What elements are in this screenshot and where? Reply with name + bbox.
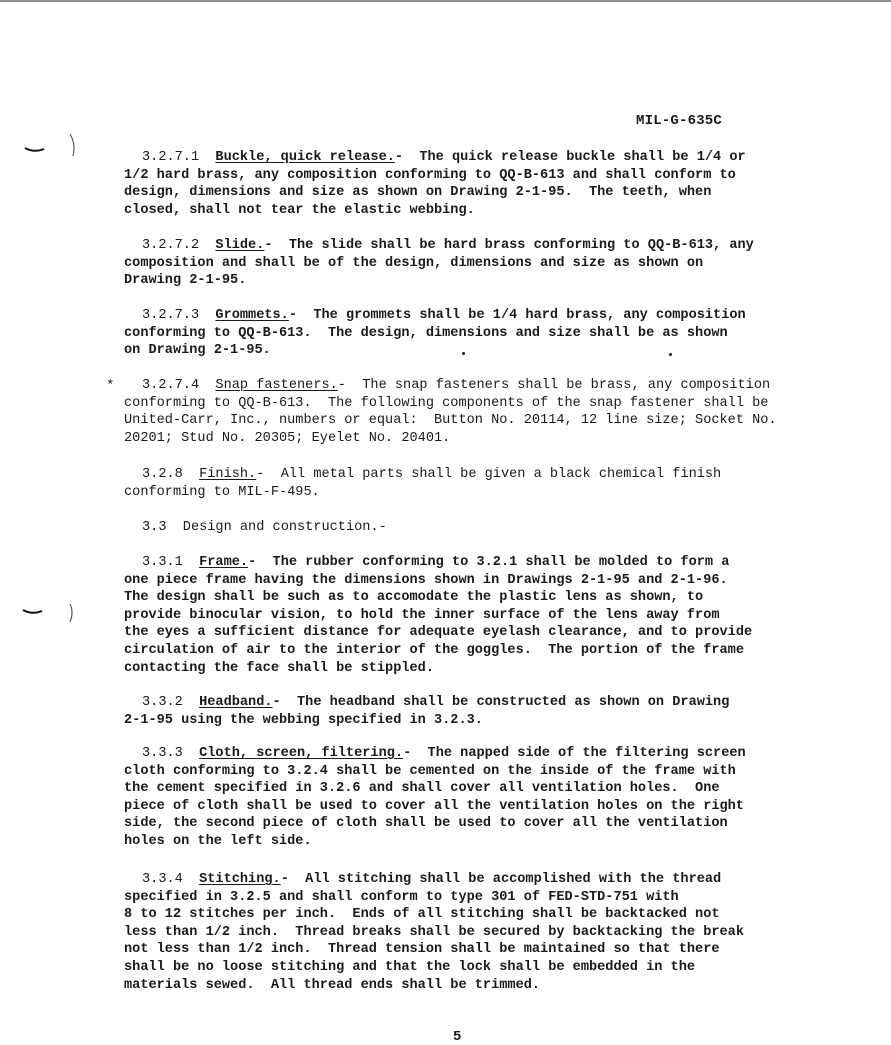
section-3-3-3: 3.3.3 Cloth, screen, filtering.- The nap…: [124, 745, 824, 851]
section-text-line: United-Carr, Inc., numbers or equal: But…: [124, 412, 824, 430]
section-text-line: 8 to 12 stitches per inch. Ends of all s…: [124, 906, 824, 924]
section-text: - The headband shall be constructed as s…: [273, 695, 730, 710]
section-text-line: the cement specified in 3.2.6 and shall …: [124, 780, 824, 798]
section-text: - The rubber conforming to 3.2.1 shall b…: [248, 555, 729, 570]
section-3-2-7-3: 3.2.7.3 Grommets.- The grommets shall be…: [124, 307, 824, 360]
section-text: - All stitching shall be accomplished wi…: [281, 872, 722, 887]
section-number: 3.3.1: [142, 555, 199, 570]
section-text-line: contacting the face shall be stippled.: [124, 660, 824, 678]
section-text-line: circulation of air to the interior of th…: [124, 642, 824, 660]
section-text-line: the eyes a sufficient distance for adequ…: [124, 624, 824, 642]
section-text-line: closed, shall not tear the elastic webbi…: [124, 202, 824, 220]
section-3-2-7-2: 3.2.7.2 Slide.- The slide shall be hard …: [124, 237, 824, 290]
section-heading: Frame.: [199, 555, 248, 570]
section-text-line: 20201; Stud No. 20305; Eyelet No. 20401.: [124, 430, 824, 448]
section-text-line: design, dimensions and size as shown on …: [124, 184, 824, 202]
section-3-2-7-4: 3.2.7.4 Snap fasteners.- The snap fasten…: [124, 377, 824, 447]
section-text-line: shall be no loose stitching and that the…: [124, 959, 824, 977]
section-first-line: 3.2.7.4 Snap fasteners.- The snap fasten…: [124, 377, 824, 395]
section-text-line: holes on the left side.: [124, 833, 824, 851]
section-first-line: 3.2.7.1 Buckle, quick release.- The quic…: [124, 149, 824, 167]
section-3-2-7-1: 3.2.7.1 Buckle, quick release.- The quic…: [124, 149, 824, 219]
section-3-3-1: 3.3.1 Frame.- The rubber conforming to 3…: [124, 554, 824, 677]
section-first-line: 3.3.1 Frame.- The rubber conforming to 3…: [124, 554, 824, 572]
section-text: - The grommets shall be 1/4 hard brass, …: [289, 308, 746, 323]
section-text-line: materials sewed. All thread ends shall b…: [124, 977, 824, 995]
section-first-line: 3.3.4 Stitching.- All stitching shall be…: [124, 871, 824, 889]
section-number: 3.3.4: [142, 872, 199, 887]
binding-hole-mark-icon: [20, 598, 80, 628]
section-heading: Buckle, quick release.: [215, 150, 394, 165]
section-text-line: composition and shall be of the design, …: [124, 255, 824, 273]
section-heading: Design and construction.-: [183, 520, 387, 535]
page-number: 5: [453, 1029, 461, 1045]
section-text-line: provide binocular vision, to hold the in…: [124, 607, 824, 625]
revision-marker: *: [106, 378, 114, 396]
section-text-line: cloth conforming to 3.2.4 shall be cemen…: [124, 763, 824, 781]
scan-edge-line: [0, 0, 891, 2]
section-text-line: The design shall be such as to accomodat…: [124, 589, 824, 607]
section-first-line: 3.2.7.2 Slide.- The slide shall be hard …: [124, 237, 824, 255]
section-number: 3.2.7.4: [142, 378, 215, 393]
section-first-line: 3.2.7.3 Grommets.- The grommets shall be…: [124, 307, 824, 325]
section-text-line: one piece frame having the dimensions sh…: [124, 572, 824, 590]
section-text-line: conforming to MIL-F-495.: [124, 484, 824, 502]
section-number: 3.2.7.3: [142, 308, 215, 323]
section-heading: Stitching.: [199, 872, 281, 887]
section-text-line: less than 1/2 inch. Thread breaks shall …: [124, 924, 824, 942]
section-heading: Grommets.: [215, 308, 288, 323]
section-text: - The snap fasteners shall be brass, any…: [338, 378, 770, 393]
section-text-line: Drawing 2-1-95.: [124, 272, 824, 290]
section-text-line: specified in 3.2.5 and shall conform to …: [124, 889, 824, 907]
section-heading: Cloth, screen, filtering.: [199, 746, 403, 761]
document-page: MIL-G-635C * 3.2.7.1 Buckle, quick relea…: [0, 0, 891, 1045]
section-text: - The slide shall be hard brass conformi…: [264, 238, 753, 253]
section-number: 3.3: [142, 520, 183, 535]
section-first-line: 3.3 Design and construction.-: [124, 519, 824, 537]
section-first-line: 3.2.8 Finish.- All metal parts shall be …: [124, 466, 824, 484]
binding-hole-mark-icon: [22, 130, 82, 160]
section-heading: Snap fasteners.: [215, 378, 337, 393]
section-3-3: 3.3 Design and construction.-: [124, 519, 824, 537]
section-first-line: 3.3.2 Headband.- The headband shall be c…: [124, 694, 824, 712]
section-text: - The napped side of the filtering scree…: [403, 746, 746, 761]
section-3-3-2: 3.3.2 Headband.- The headband shall be c…: [124, 694, 824, 729]
section-text-line: piece of cloth shall be used to cover al…: [124, 798, 824, 816]
section-heading: Headband.: [199, 695, 272, 710]
section-heading: Slide.: [215, 238, 264, 253]
section-heading: Finish.: [199, 467, 256, 482]
section-text: - All metal parts shall be given a black…: [256, 467, 721, 482]
section-text-line: side, the second piece of cloth shall be…: [124, 815, 824, 833]
section-first-line: 3.3.3 Cloth, screen, filtering.- The nap…: [124, 745, 824, 763]
section-text-line: conforming to QQ-B-613. The following co…: [124, 395, 824, 413]
section-text-line: not less than 1/2 inch. Thread tension s…: [124, 941, 824, 959]
section-number: 3.2.7.1: [142, 150, 215, 165]
section-text: - The quick release buckle shall be 1/4 …: [395, 150, 746, 165]
section-3-3-4: 3.3.4 Stitching.- All stitching shall be…: [124, 871, 824, 994]
document-identifier: MIL-G-635C: [636, 113, 722, 131]
section-3-2-8: 3.2.8 Finish.- All metal parts shall be …: [124, 466, 824, 501]
section-number: 3.2.8: [142, 467, 199, 482]
section-number: 3.3.3: [142, 746, 199, 761]
section-number: 3.2.7.2: [142, 238, 215, 253]
section-text-line: 1/2 hard brass, any composition conformi…: [124, 167, 824, 185]
section-text-line: conforming to QQ-B-613. The design, dime…: [124, 325, 824, 343]
section-text-line: 2-1-95 using the webbing specified in 3.…: [124, 712, 824, 730]
section-number: 3.3.2: [142, 695, 199, 710]
section-text-line: on Drawing 2-1-95.: [124, 342, 824, 360]
